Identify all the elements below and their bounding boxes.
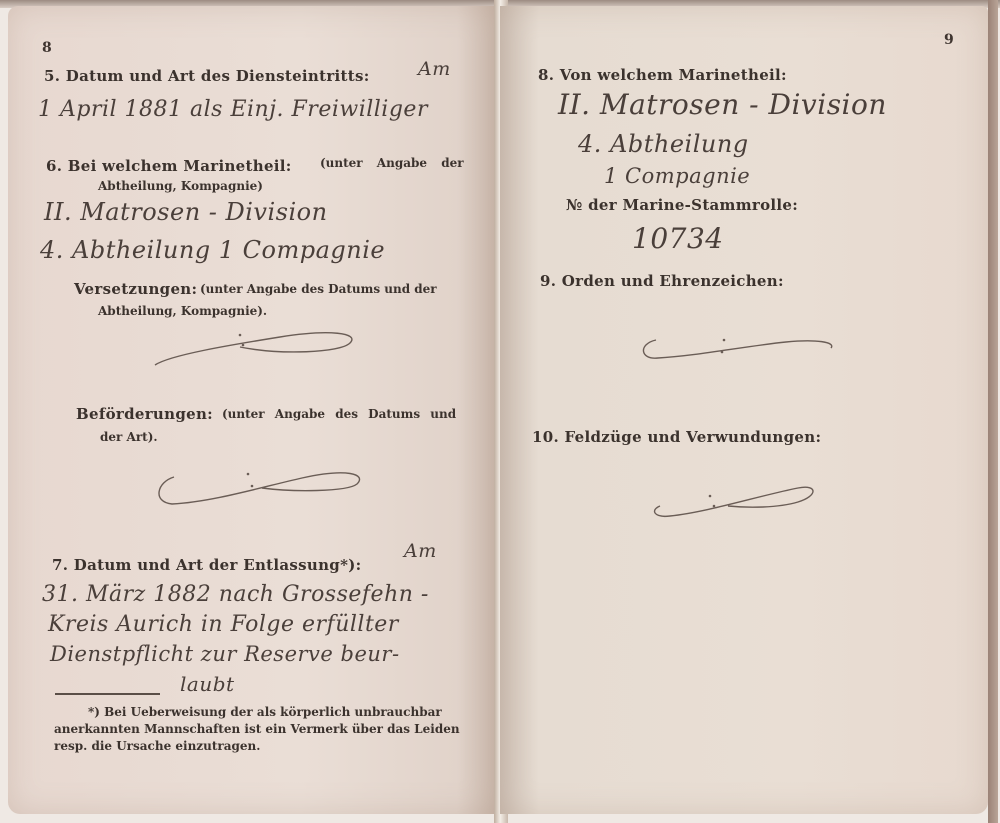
promotions-hint-line2: der Art). bbox=[100, 430, 158, 444]
transfers-hint-line1: (unter Angabe des Datums und der bbox=[200, 282, 437, 296]
transfers-label: Versetzungen: bbox=[74, 280, 197, 298]
section6-entry-line1: II. Matrosen - Division bbox=[44, 198, 328, 226]
section8-entry-line3: 1 Compagnie bbox=[604, 164, 750, 188]
roll-number-label: № der Marine-Stammrolle: bbox=[566, 196, 798, 214]
section5-label: 5. Datum und Art des Diensteintritts: bbox=[44, 67, 370, 85]
section6-entry-line2: 4. Abtheilung 1 Compagnie bbox=[40, 236, 385, 264]
section6-hint-line1: (unter Angabe der bbox=[320, 156, 464, 170]
footnote-line3: resp. die Ursache einzutragen. bbox=[54, 738, 260, 755]
promotions-hint-line1: (unter Angabe des Datums und bbox=[222, 407, 456, 421]
section7-entry-line3: Kreis Aurich in Folge erfüllter bbox=[48, 612, 399, 637]
section7-entry-line4: Dienstpflicht zur Reserve beur- bbox=[50, 642, 400, 666]
section6-label: 6. Bei welchem Marinetheil: bbox=[46, 157, 292, 175]
section10-label: 10. Feldzüge und Verwundungen: bbox=[532, 428, 821, 446]
page-number-left: 8 bbox=[42, 40, 52, 56]
section8-entry-line2: 4. Abtheilung bbox=[578, 130, 749, 158]
page-number-right: 9 bbox=[944, 32, 954, 48]
promotions-label: Beförderungen: bbox=[76, 405, 213, 423]
blank-flourish-icon bbox=[150, 325, 360, 375]
transfers-hint-line2: Abtheilung, Kompagnie). bbox=[98, 304, 267, 318]
footnote-divider bbox=[55, 693, 160, 695]
section5-entry-line1: Am bbox=[418, 58, 451, 80]
section9-label: 9. Orden und Ehrenzeichen: bbox=[540, 272, 784, 290]
blank-flourish-icon bbox=[648, 476, 818, 521]
section7-entry-line5: laubt bbox=[180, 672, 235, 696]
section8-label: 8. Von welchem Marinetheil: bbox=[538, 66, 787, 84]
section7-entry-line1: Am bbox=[404, 540, 437, 562]
section7-entry-line2: 31. März 1882 nach Grossefehn - bbox=[42, 582, 429, 607]
section7-label: 7. Datum und Art der Entlassung*): bbox=[52, 556, 361, 574]
footnote-line1: *) Bei Ueberweisung der als körperlich u… bbox=[88, 704, 442, 721]
cover-edge bbox=[988, 0, 998, 823]
footnote-line2: anerkannten Mannschaften ist ein Vermerk… bbox=[54, 721, 460, 738]
open-booklet: 8 5. Datum und Art des Diensteintritts: … bbox=[0, 0, 1000, 823]
section6-hint-line2: Abtheilung, Kompagnie) bbox=[98, 179, 263, 193]
section8-entry-line1: II. Matrosen - Division bbox=[558, 88, 887, 121]
roll-number-value: 10734 bbox=[632, 222, 724, 255]
blank-flourish-icon bbox=[636, 328, 836, 368]
section5-entry-line2: 1 April 1881 als Einj. Freiwilliger bbox=[38, 97, 428, 122]
right-page bbox=[500, 6, 988, 814]
blank-flourish-icon bbox=[152, 462, 367, 512]
